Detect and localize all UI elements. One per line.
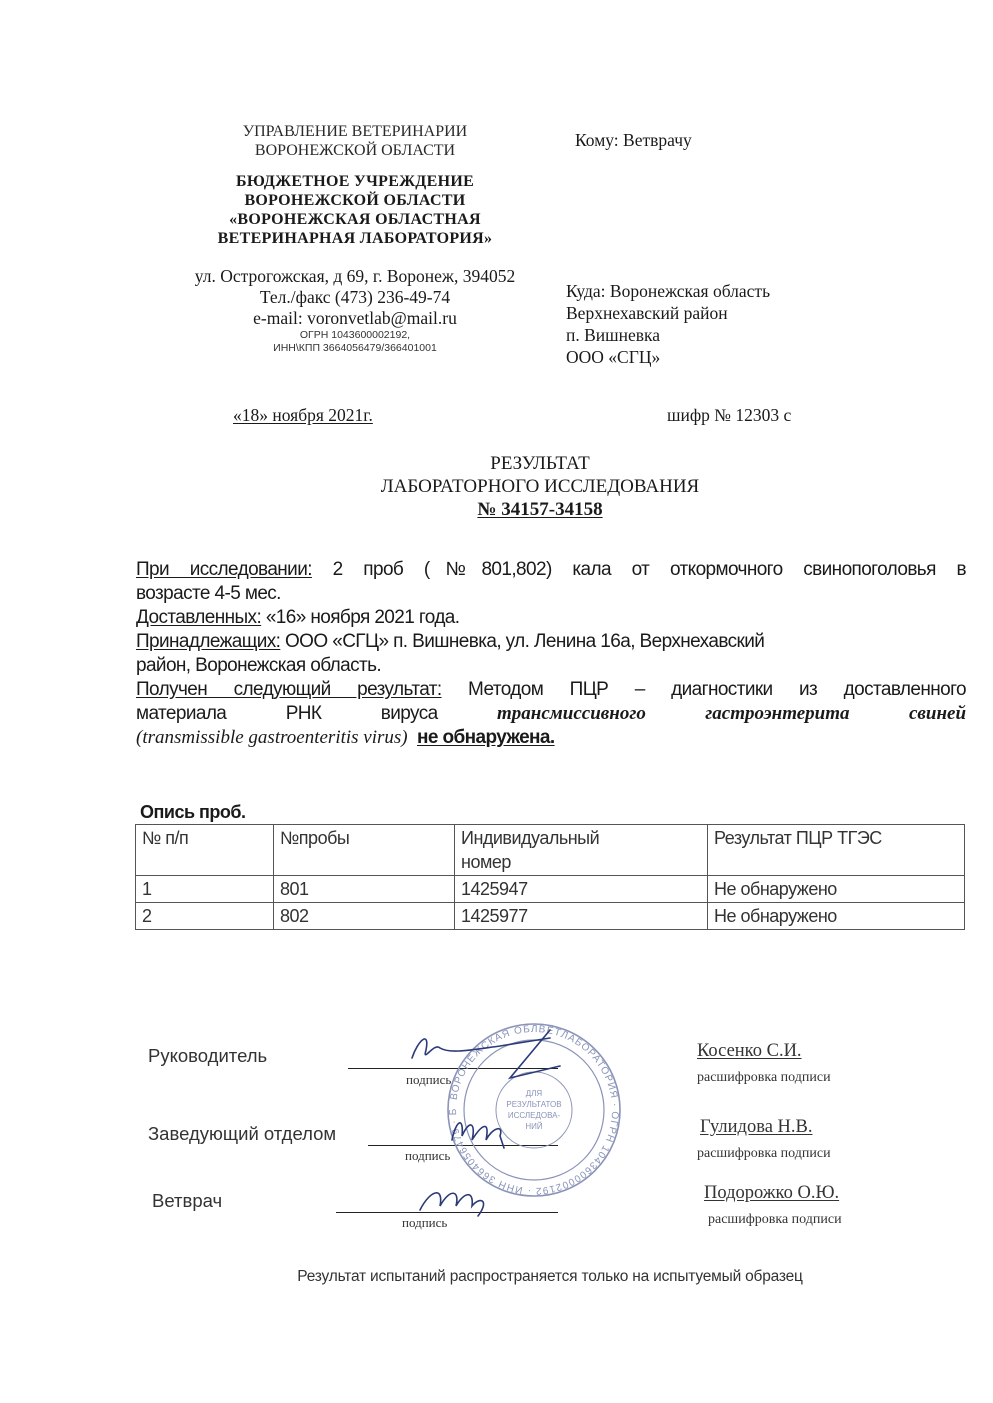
signer-role: Руководитель <box>148 1045 267 1067</box>
contact-block: ул. Острогожская, д 69, г. Воронеж, 3940… <box>140 266 570 355</box>
organization-name: БЮДЖЕТНОЕ УЧРЕЖДЕНИЕ ВОРОНЕЖСКОЙ ОБЛАСТИ… <box>140 172 570 248</box>
field-value: 2 проб (№801,802) кала от откормочного с… <box>312 559 966 580</box>
field-label: Получен следующий результат: <box>136 679 442 700</box>
text: вируса <box>381 703 438 724</box>
destination-line: п. Вишневка <box>566 324 770 346</box>
cell-result: Не обнаружено <box>708 903 965 930</box>
cipher-number: шифр № 12303 с <box>667 405 791 426</box>
recipient: Кому: Ветврачу <box>575 130 692 151</box>
field-label: Доставленных: <box>136 607 261 628</box>
table-header-row: № п/п №пробы Индивидуальный номер Резуль… <box>136 825 965 876</box>
inventory-title: Опись проб. <box>140 802 246 823</box>
email: e-mail: voronvetlab@mail.ru <box>140 308 570 329</box>
destination-line: Верхнехавский район <box>566 302 770 324</box>
signature-decode-caption: расшифровка подписи <box>708 1212 842 1228</box>
org-line: «ВОРОНЕЖСКАЯ ОБЛАСТНАЯ <box>140 210 570 229</box>
table-row: 2 802 1425977 Не обнаружено <box>136 903 965 930</box>
result-line: (transmissible gastroenteritis virus) не… <box>136 726 966 750</box>
text: РНК <box>286 703 322 724</box>
column-header: № п/п <box>136 825 274 876</box>
field-value: возрасте 4-5 мес. <box>136 582 966 606</box>
virus-name: трансмиссивного гастроэнтерита свиней <box>497 703 966 724</box>
cell-sample-number: 802 <box>274 903 455 930</box>
cell-index: 2 <box>136 903 274 930</box>
authority-name: УПРАВЛЕНИЕ ВЕТЕРИНАРИИ ВОРОНЕЖСКОЙ ОБЛАС… <box>140 122 570 160</box>
text: материала <box>136 703 226 724</box>
result-verdict: не обнаружена. <box>417 727 555 748</box>
field-label: Принадлежащих: <box>136 631 280 652</box>
result-number: № 34157-34158 <box>300 498 780 521</box>
inn-kpp: ИНН\КПП 3664056479/366401001 <box>140 342 570 355</box>
document-title: РЕЗУЛЬТАТ ЛАБОРАТОРНОГО ИССЛЕДОВАНИЯ № 3… <box>300 452 780 521</box>
signature-decode-caption: расшифровка подписи <box>697 1070 831 1086</box>
field-value: район, Воронежская область. <box>136 654 966 678</box>
phone: Тел./факс (473) 236-49-74 <box>140 287 570 308</box>
field-value: Методом ПЦР – диагностики из доставленно… <box>442 679 966 700</box>
signature-decode-caption: расшифровка подписи <box>697 1146 831 1162</box>
result-body: При исследовании: 2 проб (№801,802) кала… <box>136 558 966 750</box>
sender-block: УПРАВЛЕНИЕ ВЕТЕРИНАРИИ ВОРОНЕЖСКОЙ ОБЛАС… <box>140 122 570 355</box>
title-line: ЛАБОРАТОРНОГО ИССЛЕДОВАНИЯ <box>300 475 780 498</box>
belonging-paragraph: Принадлежащих: ООО «СГЦ» п. Вишневка, ул… <box>136 630 966 654</box>
document-date: «18» ноября 2021г. <box>233 405 373 426</box>
destination-line: Куда: Воронежская область <box>566 280 770 302</box>
authority-line: ВОРОНЕЖСКОЙ ОБЛАСТИ <box>140 141 570 160</box>
cell-sample-number: 801 <box>274 876 455 903</box>
signer-name: Гулидова Н.В. <box>700 1117 813 1138</box>
authority-line: УПРАВЛЕНИЕ ВЕТЕРИНАРИИ <box>140 122 570 141</box>
header-text: Индивидуальный номер <box>461 826 641 874</box>
field-label: При исследовании: <box>136 559 312 580</box>
title-line: РЕЗУЛЬТАТ <box>300 452 780 475</box>
handwritten-signatures-icon <box>400 1020 580 1220</box>
result-paragraph: Получен следующий результат: Методом ПЦР… <box>136 678 966 702</box>
destination-block: Куда: Воронежская область Верхнехавский … <box>566 280 770 368</box>
virus-name-en: (transmissible gastroenteritis virus) <box>136 727 408 748</box>
org-line: ВОРОНЕЖСКОЙ ОБЛАСТИ <box>140 191 570 210</box>
signer-role: Ветврач <box>152 1190 222 1212</box>
org-line: БЮДЖЕТНОЕ УЧРЕЖДЕНИЕ <box>140 172 570 191</box>
signer-name: Подорожко О.Ю. <box>704 1183 839 1204</box>
research-paragraph: При исследовании: 2 проб (№801,802) кала… <box>136 558 966 582</box>
cell-individual-number: 1425947 <box>455 876 708 903</box>
samples-table: № п/п №пробы Индивидуальный номер Резуль… <box>135 824 965 930</box>
footer-note: Результат испытаний распространяется тол… <box>260 1268 840 1286</box>
field-value: «16» ноября 2021 года. <box>261 607 459 628</box>
org-line: ВЕТЕРИНАРНАЯ ЛАБОРАТОРИЯ» <box>140 229 570 248</box>
signer-role: Заведующий отделом <box>148 1123 336 1145</box>
cell-index: 1 <box>136 876 274 903</box>
address: ул. Острогожская, д 69, г. Воронеж, 3940… <box>140 266 570 287</box>
cell-result: Не обнаружено <box>708 876 965 903</box>
column-header: Индивидуальный номер <box>455 825 708 876</box>
signer-name: Косенко С.И. <box>697 1041 802 1062</box>
delivered-paragraph: Доставленных: «16» ноября 2021 года. <box>136 606 966 630</box>
column-header: №пробы <box>274 825 455 876</box>
column-header: Результат ПЦР ТГЭС <box>708 825 965 876</box>
result-line: материала РНК вируса трансмиссивного гас… <box>136 702 966 726</box>
ogrn: ОГРН 1043600002192, <box>140 329 570 342</box>
table-row: 1 801 1425947 Не обнаружено <box>136 876 965 903</box>
cell-individual-number: 1425977 <box>455 903 708 930</box>
destination-line: ООО «СГЦ» <box>566 346 770 368</box>
field-value: ООО «СГЦ» п. Вишневка, ул. Ленина 16а, В… <box>280 631 764 652</box>
